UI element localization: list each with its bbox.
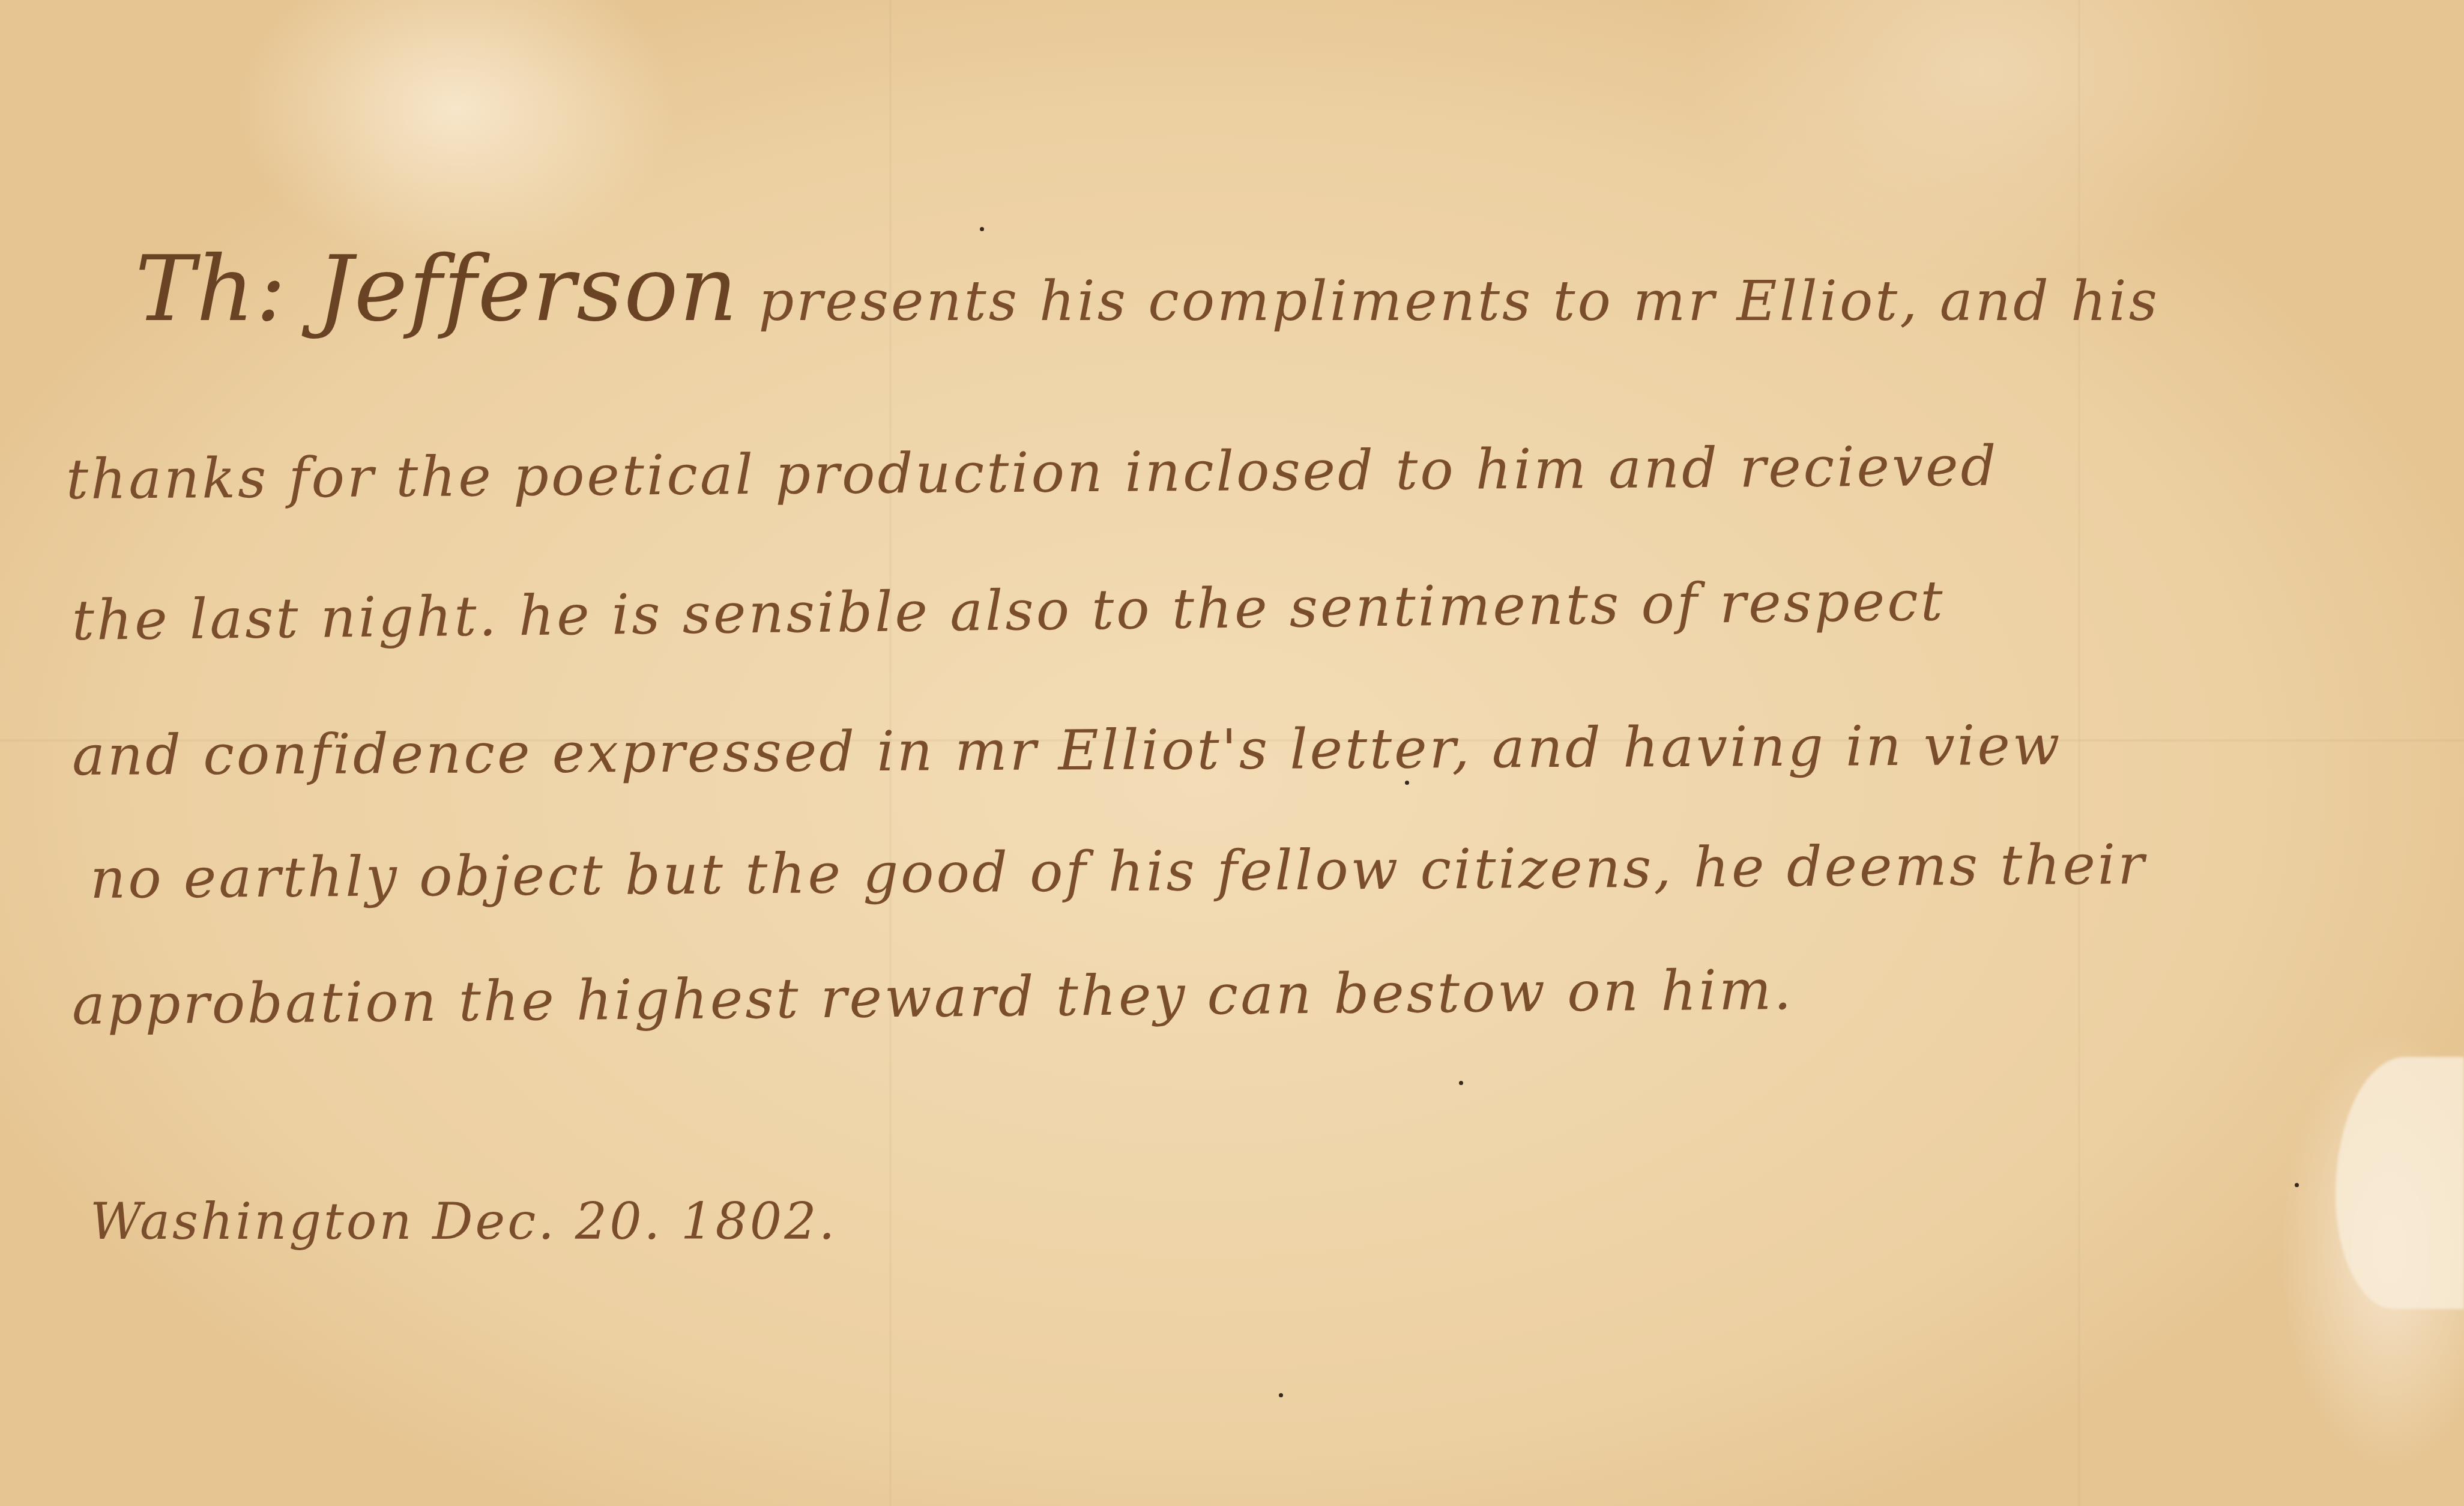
letter-line-2: thanks for the poetical production inclo… (66, 434, 1999, 512)
letter-line-4: and confidence expressed in mr Elliot's … (72, 713, 2062, 788)
letter-line-5: no earthly object but the good of his fe… (90, 832, 2147, 911)
letter-text: presents his compliments to mr Elliot, a… (758, 269, 2160, 333)
paper-tear (2336, 1057, 2464, 1309)
ink-speck (1459, 1081, 1463, 1085)
letter-line-3: the last night. he is sensible also to t… (71, 569, 1945, 653)
letter-line-1: Th: Jefferson presents his compliments t… (135, 237, 2160, 342)
ink-speck (980, 227, 984, 231)
ink-speck (1279, 1393, 1283, 1397)
signature: Th: Jefferson (135, 237, 738, 342)
fold-crease (2077, 0, 2081, 1506)
letter-line-6: approbation the highest reward they can … (72, 958, 1794, 1037)
letter-page: Th: Jefferson presents his compliments t… (0, 0, 2464, 1506)
ink-speck (2295, 1183, 2299, 1187)
ink-speck (1405, 781, 1409, 785)
dateline: Washington Dec. 20. 1802. (90, 1192, 837, 1251)
